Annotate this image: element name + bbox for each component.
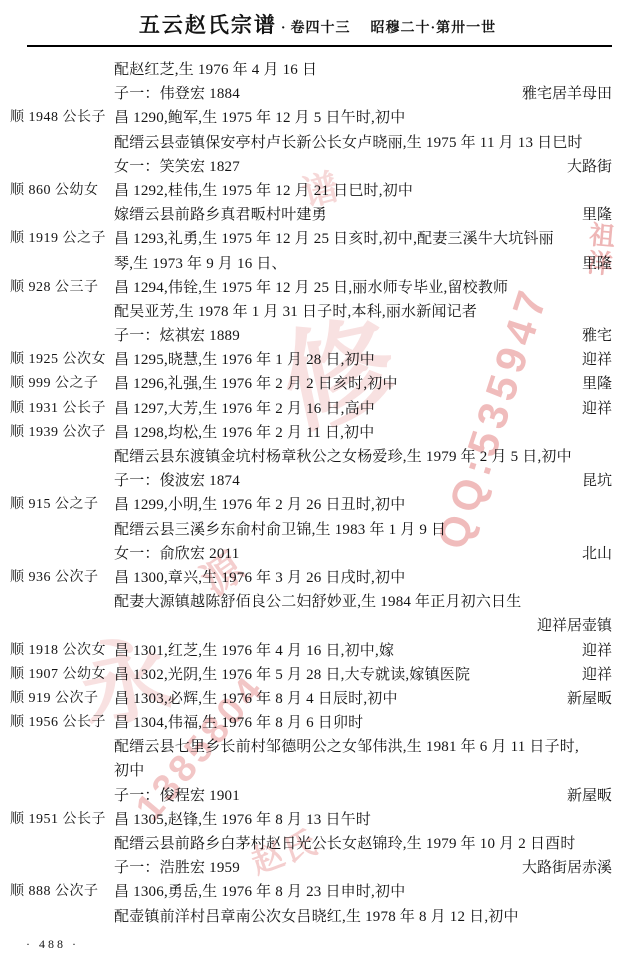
generation-order-label: 顺 888 公次子 — [10, 880, 114, 904]
entry-text: 女一：俞欣宏 2011 — [114, 542, 239, 566]
entry-text: 嫁缙云县前路乡真君畈村叶建勇 — [114, 203, 327, 227]
entry-text: 配缙云县前路乡白茅村赵日光公长女赵锦玲,生 1979 年 10 月 2 日酉时 — [114, 832, 576, 856]
entry-text: 配妻大源镇越陈舒佰良公二妇舒妙亚,生 1984 年正月初六日生 — [114, 590, 521, 614]
genealogy-row: 顺 1925 公次女昌 1295,晓慧,生 1976 年 1 月 28 日,初中… — [0, 348, 635, 372]
entry-list: 配赵红芝,生 1976 年 4 月 16 日子一：伟登宏 1884雅宅居羊母田顺… — [0, 58, 635, 929]
genealogy-row: 嫁缙云县前路乡真君畈村叶建勇里隆 — [0, 203, 635, 227]
genealogy-row: 子一：炫祺宏 1889雅宅 — [0, 324, 635, 348]
generation-order-label — [10, 735, 114, 759]
genealogy-row: 子一：浩胜宏 1959大路街居赤溪 — [0, 856, 635, 880]
generation-order-label: 顺 1919 公之子 — [10, 227, 114, 251]
entry-text: 子一：俊波宏 1874 — [114, 469, 240, 493]
genealogy-row: 顺 860 公幼女昌 1292,桂伟,生 1975 年 12 月 21 日巳时,… — [0, 179, 635, 203]
residence-label: 迎祥居壶镇 — [529, 614, 612, 638]
genealogy-row: 配缙云县壶镇保安亭村卢长新公长女卢晓丽,生 1975 年 11 月 13 日巳时 — [0, 131, 635, 155]
entry-text: 配赵红芝,生 1976 年 4 月 16 日 — [114, 58, 317, 82]
entry-text: 昌 1305,赵锋,生 1976 年 8 月 13 日午时 — [114, 808, 371, 832]
genealogy-row: 顺 1951 公长子昌 1305,赵锋,生 1976 年 8 月 13 日午时 — [0, 808, 635, 832]
genealogy-row: 顺 928 公三子昌 1294,伟铨,生 1975 年 12 月 25 日,丽水… — [0, 276, 635, 300]
generation-order-label: 顺 919 公次子 — [10, 687, 114, 711]
genealogy-row: 迎祥居壶镇 — [0, 614, 635, 638]
genealogy-row: 女一：俞欣宏 2011北山 — [0, 542, 635, 566]
generation-order-label — [10, 856, 114, 880]
generation-order-label — [10, 590, 114, 614]
entry-text: 昌 1301,红芝,生 1976 年 4 月 16 日,初中,嫁 — [114, 639, 394, 663]
genealogy-row: 配缙云县七里乡长前村邹德明公之女邹伟洪,生 1981 年 6 月 11 日子时, — [0, 735, 635, 759]
generation-order-label: 顺 1956 公长子 — [10, 711, 114, 735]
residence-label: 大路街居赤溪 — [514, 856, 612, 880]
entry-text: 昌 1297,大芳,生 1976 年 2 月 16 日,高中 — [114, 397, 375, 421]
entry-text: 配缙云县东渡镇金坑村杨章秋公之女杨爱珍,生 1979 年 2 月 5 日,初中 — [114, 445, 572, 469]
generation-order-label — [10, 784, 114, 808]
entry-text: 子一：炫祺宏 1889 — [114, 324, 240, 348]
volume-label: 卷四十三 — [291, 21, 351, 36]
residence-label: 雅宅 — [574, 324, 612, 348]
genealogy-row: 配缙云县东渡镇金坑村杨章秋公之女杨爱珍,生 1979 年 2 月 5 日,初中 — [0, 445, 635, 469]
entry-text: 配吴亚芳,生 1978 年 1 月 31 日子时,本科,丽水新闻记者 — [114, 300, 477, 324]
entry-text: 昌 1299,小明,生 1976 年 2 月 26 日丑时,初中 — [114, 493, 405, 517]
entry-text: 配缙云县三溪乡东俞村俞卫锦,生 1983 年 1 月 9 日 — [114, 518, 446, 542]
residence-label: 新屋畈 — [559, 784, 612, 808]
book-title: 五云赵氏宗谱 — [139, 13, 277, 37]
genealogy-row: 顺 936 公次子昌 1300,章兴,生 1976 年 3 月 26 日戌时,初… — [0, 566, 635, 590]
entry-text: 昌 1293,礼勇,生 1975 年 12 月 25 日亥时,初中,配妻三溪牛大… — [114, 227, 554, 251]
generation-order-label — [10, 542, 114, 566]
generation-order-label — [10, 832, 114, 856]
genealogy-row: 配吴亚芳,生 1978 年 1 月 31 日子时,本科,丽水新闻记者 — [0, 300, 635, 324]
generation-order-label — [10, 82, 114, 106]
genealogy-page: 五云赵氏宗谱 · 卷四十三 昭穆二十·第卅一世 配赵红芝,生 1976 年 4 … — [0, 0, 635, 968]
page-number: · 488 · — [26, 937, 79, 952]
generation-order-label — [10, 300, 114, 324]
residence-label: 新屋畈 — [559, 687, 612, 711]
generation-order-label: 顺 1907 公幼女 — [10, 663, 114, 687]
genealogy-row: 顺 1956 公长子昌 1304,伟福,生 1976 年 8 月 6 日卯时 — [0, 711, 635, 735]
entry-text: 昌 1294,伟铨,生 1975 年 12 月 25 日,丽水师专毕业,留校教师 — [114, 276, 508, 300]
genealogy-row: 顺 1931 公长子昌 1297,大芳,生 1976 年 2 月 16 日,高中… — [0, 397, 635, 421]
genealogy-row: 子一：伟登宏 1884雅宅居羊母田 — [0, 82, 635, 106]
generation-order-label: 顺 1951 公长子 — [10, 808, 114, 832]
entry-text: 昌 1296,礼强,生 1976 年 2 月 2 日亥时,初中 — [114, 372, 398, 396]
residence-label: 迎祥 — [574, 639, 612, 663]
residence-label: 大路街 — [559, 155, 612, 179]
residence-label: 迎祥 — [574, 348, 612, 372]
generation-order-label: 顺 928 公三子 — [10, 276, 114, 300]
entry-text: 昌 1295,晓慧,生 1976 年 1 月 28 日,初中 — [114, 348, 375, 372]
generation-order-label — [10, 58, 114, 82]
generation-order-label — [10, 469, 114, 493]
entry-text: 配壶镇前洋村吕章南公次女吕晓红,生 1978 年 8 月 12 日,初中 — [114, 905, 519, 929]
generation-order-label — [10, 445, 114, 469]
generation-order-label — [10, 614, 114, 638]
generation-order-label — [10, 252, 114, 276]
generation-order-label — [10, 324, 114, 348]
generation-order-label — [10, 131, 114, 155]
genealogy-row: 配赵红芝,生 1976 年 4 月 16 日 — [0, 58, 635, 82]
genealogy-row: 女一：笑笑宏 1827大路街 — [0, 155, 635, 179]
entry-text: 女一：笑笑宏 1827 — [114, 155, 240, 179]
generation-order-label — [10, 759, 114, 783]
header-divider — [27, 45, 612, 47]
residence-label: 迎祥 — [574, 397, 612, 421]
entry-text: 昌 1306,勇岳,生 1976 年 8 月 23 日申时,初中 — [114, 880, 405, 904]
generation-order-label — [10, 905, 114, 929]
generation-order-label: 顺 1918 公次女 — [10, 639, 114, 663]
generation-order-label: 顺 1948 公长子 — [10, 106, 114, 130]
entry-text: 昌 1298,均松,生 1976 年 2 月 11 日,初中 — [114, 421, 374, 445]
entry-text: 子一：伟登宏 1884 — [114, 82, 240, 106]
genealogy-row: 顺 915 公之子昌 1299,小明,生 1976 年 2 月 26 日丑时,初… — [0, 493, 635, 517]
entry-text: 配缙云县壶镇保安亭村卢长新公长女卢晓丽,生 1975 年 11 月 13 日巳时 — [114, 131, 583, 155]
entry-text: 昌 1303,必辉,生 1976 年 8 月 4 日辰时,初中 — [114, 687, 398, 711]
residence-label: 北山 — [574, 542, 612, 566]
residence-label: 里隆 — [574, 252, 612, 276]
entry-text: 琴,生 1973 年 9 月 16 日、 — [114, 252, 287, 276]
residence-label: 迎祥 — [574, 663, 612, 687]
entry-text: 昌 1304,伟福,生 1976 年 8 月 6 日卯时 — [114, 711, 363, 735]
generation-order-label — [10, 155, 114, 179]
entry-text: 昌 1290,鲍军,生 1975 年 12 月 5 日午时,初中 — [114, 106, 405, 130]
genealogy-row: 初中 — [0, 759, 635, 783]
genealogy-row: 子一：俊程宏 1901新屋畈 — [0, 784, 635, 808]
generation-order-label — [10, 203, 114, 227]
residence-label: 雅宅居羊母田 — [514, 82, 612, 106]
generation-order-label: 顺 1931 公长子 — [10, 397, 114, 421]
generation-order-label: 顺 860 公幼女 — [10, 179, 114, 203]
genealogy-row: 配缙云县前路乡白茅村赵日光公长女赵锦玲,生 1979 年 10 月 2 日酉时 — [0, 832, 635, 856]
entry-text: 配缙云县七里乡长前村邹德明公之女邹伟洪,生 1981 年 6 月 11 日子时, — [114, 735, 579, 759]
entry-text: 子一：俊程宏 1901 — [114, 784, 240, 808]
entry-text: 初中 — [114, 759, 144, 783]
generation-order-label: 顺 936 公次子 — [10, 566, 114, 590]
genealogy-row: 子一：俊波宏 1874昆坑 — [0, 469, 635, 493]
genealogy-row: 顺 888 公次子昌 1306,勇岳,生 1976 年 8 月 23 日申时,初… — [0, 880, 635, 904]
genealogy-row: 顺 1918 公次女昌 1301,红芝,生 1976 年 4 月 16 日,初中… — [0, 639, 635, 663]
genealogy-row: 顺 919 公次子昌 1303,必辉,生 1976 年 8 月 4 日辰时,初中… — [0, 687, 635, 711]
genealogy-row: 顺 999 公之子昌 1296,礼强,生 1976 年 2 月 2 日亥时,初中… — [0, 372, 635, 396]
genealogy-row: 配妻大源镇越陈舒佰良公二妇舒妙亚,生 1984 年正月初六日生 — [0, 590, 635, 614]
title-separator: · — [281, 21, 287, 36]
page-header: 五云赵氏宗谱 · 卷四十三 昭穆二十·第卅一世 — [0, 0, 635, 39]
residence-label: 昆坑 — [574, 469, 612, 493]
genealogy-row: 顺 1919 公之子昌 1293,礼勇,生 1975 年 12 月 25 日亥时… — [0, 227, 635, 251]
genealogy-row: 配壶镇前洋村吕章南公次女吕晓红,生 1978 年 8 月 12 日,初中 — [0, 905, 635, 929]
genealogy-row: 琴,生 1973 年 9 月 16 日、里隆 — [0, 252, 635, 276]
entry-text: 昌 1302,光阴,生 1976 年 5 月 28 日,大专就读,嫁镇医院 — [114, 663, 470, 687]
genealogy-row: 配缙云县三溪乡东俞村俞卫锦,生 1983 年 1 月 9 日 — [0, 518, 635, 542]
residence-label: 里隆 — [574, 372, 612, 396]
genealogy-row: 顺 1907 公幼女昌 1302,光阴,生 1976 年 5 月 28 日,大专… — [0, 663, 635, 687]
generation-order-label: 顺 999 公之子 — [10, 372, 114, 396]
generation-order-label — [10, 518, 114, 542]
entry-text: 昌 1300,章兴,生 1976 年 3 月 26 日戌时,初中 — [114, 566, 405, 590]
genealogy-row: 顺 1948 公长子昌 1290,鲍军,生 1975 年 12 月 5 日午时,… — [0, 106, 635, 130]
entry-text: 昌 1292,桂伟,生 1975 年 12 月 21 日巳时,初中 — [114, 179, 413, 203]
entry-text: 子一：浩胜宏 1959 — [114, 856, 240, 880]
genealogy-row: 顺 1939 公次子昌 1298,均松,生 1976 年 2 月 11 日,初中 — [0, 421, 635, 445]
generation-order-label: 顺 1939 公次子 — [10, 421, 114, 445]
generation-title: 昭穆二十·第卅一世 — [371, 21, 497, 36]
residence-label: 里隆 — [574, 203, 612, 227]
generation-order-label: 顺 915 公之子 — [10, 493, 114, 517]
generation-order-label: 顺 1925 公次女 — [10, 348, 114, 372]
